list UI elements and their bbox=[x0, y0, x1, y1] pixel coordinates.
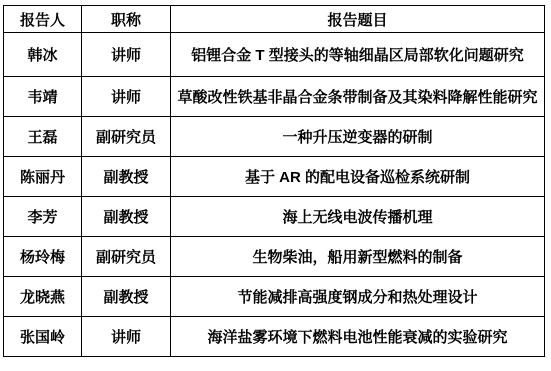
job-title-cell: 副教授 bbox=[82, 277, 171, 317]
reporter-name-cell: 王磊 bbox=[4, 117, 82, 157]
header-job-title: 职称 bbox=[82, 6, 171, 33]
job-title-cell: 副教授 bbox=[82, 197, 171, 237]
table-row: 韦靖讲师草酸改性铁基非晶合金条带制备及其染料降解性能研究 bbox=[4, 77, 545, 117]
header-topic: 报告题目 bbox=[171, 6, 545, 33]
table-row: 杨玲梅副研究员生物柴油，船用新型燃料的制备 bbox=[4, 237, 545, 277]
topic-cell: 一种升压逆变器的研制 bbox=[171, 117, 545, 157]
job-title-cell: 副研究员 bbox=[82, 237, 171, 277]
topic-cell: 节能减排高强度钢成分和热处理设计 bbox=[171, 277, 545, 317]
reporter-name-cell: 张国岭 bbox=[4, 317, 82, 357]
job-title-cell: 讲师 bbox=[82, 33, 171, 77]
job-title-cell: 副研究员 bbox=[82, 117, 171, 157]
header-reporter: 报告人 bbox=[4, 6, 82, 33]
topic-cell: 铝锂合金 T 型接头的等轴细晶区局部软化问题研究 bbox=[171, 33, 545, 77]
topic-cell: 生物柴油，船用新型燃料的制备 bbox=[171, 237, 545, 277]
job-title-cell: 讲师 bbox=[82, 77, 171, 117]
table-body: 韩冰讲师铝锂合金 T 型接头的等轴细晶区局部软化问题研究韦靖讲师草酸改性铁基非晶… bbox=[4, 33, 545, 357]
job-title-cell: 讲师 bbox=[82, 317, 171, 357]
reporter-name-cell: 陈丽丹 bbox=[4, 157, 82, 197]
topic-cell: 海洋盐雾环境下燃料电池性能衰减的实验研究 bbox=[171, 317, 545, 357]
document-page: 报告人 职称 报告题目 韩冰讲师铝锂合金 T 型接头的等轴细晶区局部软化问题研究… bbox=[0, 0, 551, 371]
job-title-cell: 副教授 bbox=[82, 157, 171, 197]
table-row: 张国岭讲师海洋盐雾环境下燃料电池性能衰减的实验研究 bbox=[4, 317, 545, 357]
topic-cell: 基于 AR 的配电设备巡检系统研制 bbox=[171, 157, 545, 197]
reporter-name-cell: 李芳 bbox=[4, 197, 82, 237]
table-row: 王磊副研究员一种升压逆变器的研制 bbox=[4, 117, 545, 157]
topic-cell: 草酸改性铁基非晶合金条带制备及其染料降解性能研究 bbox=[171, 77, 545, 117]
table-row: 陈丽丹副教授基于 AR 的配电设备巡检系统研制 bbox=[4, 157, 545, 197]
reporter-name-cell: 龙晓燕 bbox=[4, 277, 82, 317]
reporter-name-cell: 韦靖 bbox=[4, 77, 82, 117]
table-row: 韩冰讲师铝锂合金 T 型接头的等轴细晶区局部软化问题研究 bbox=[4, 33, 545, 77]
report-table: 报告人 职称 报告题目 韩冰讲师铝锂合金 T 型接头的等轴细晶区局部软化问题研究… bbox=[3, 5, 545, 357]
reporter-name-cell: 韩冰 bbox=[4, 33, 82, 77]
table-row: 李芳副教授海上无线电波传播机理 bbox=[4, 197, 545, 237]
header-row: 报告人 职称 报告题目 bbox=[4, 6, 545, 33]
table-row: 龙晓燕副教授节能减排高强度钢成分和热处理设计 bbox=[4, 277, 545, 317]
reporter-name-cell: 杨玲梅 bbox=[4, 237, 82, 277]
topic-cell: 海上无线电波传播机理 bbox=[171, 197, 545, 237]
